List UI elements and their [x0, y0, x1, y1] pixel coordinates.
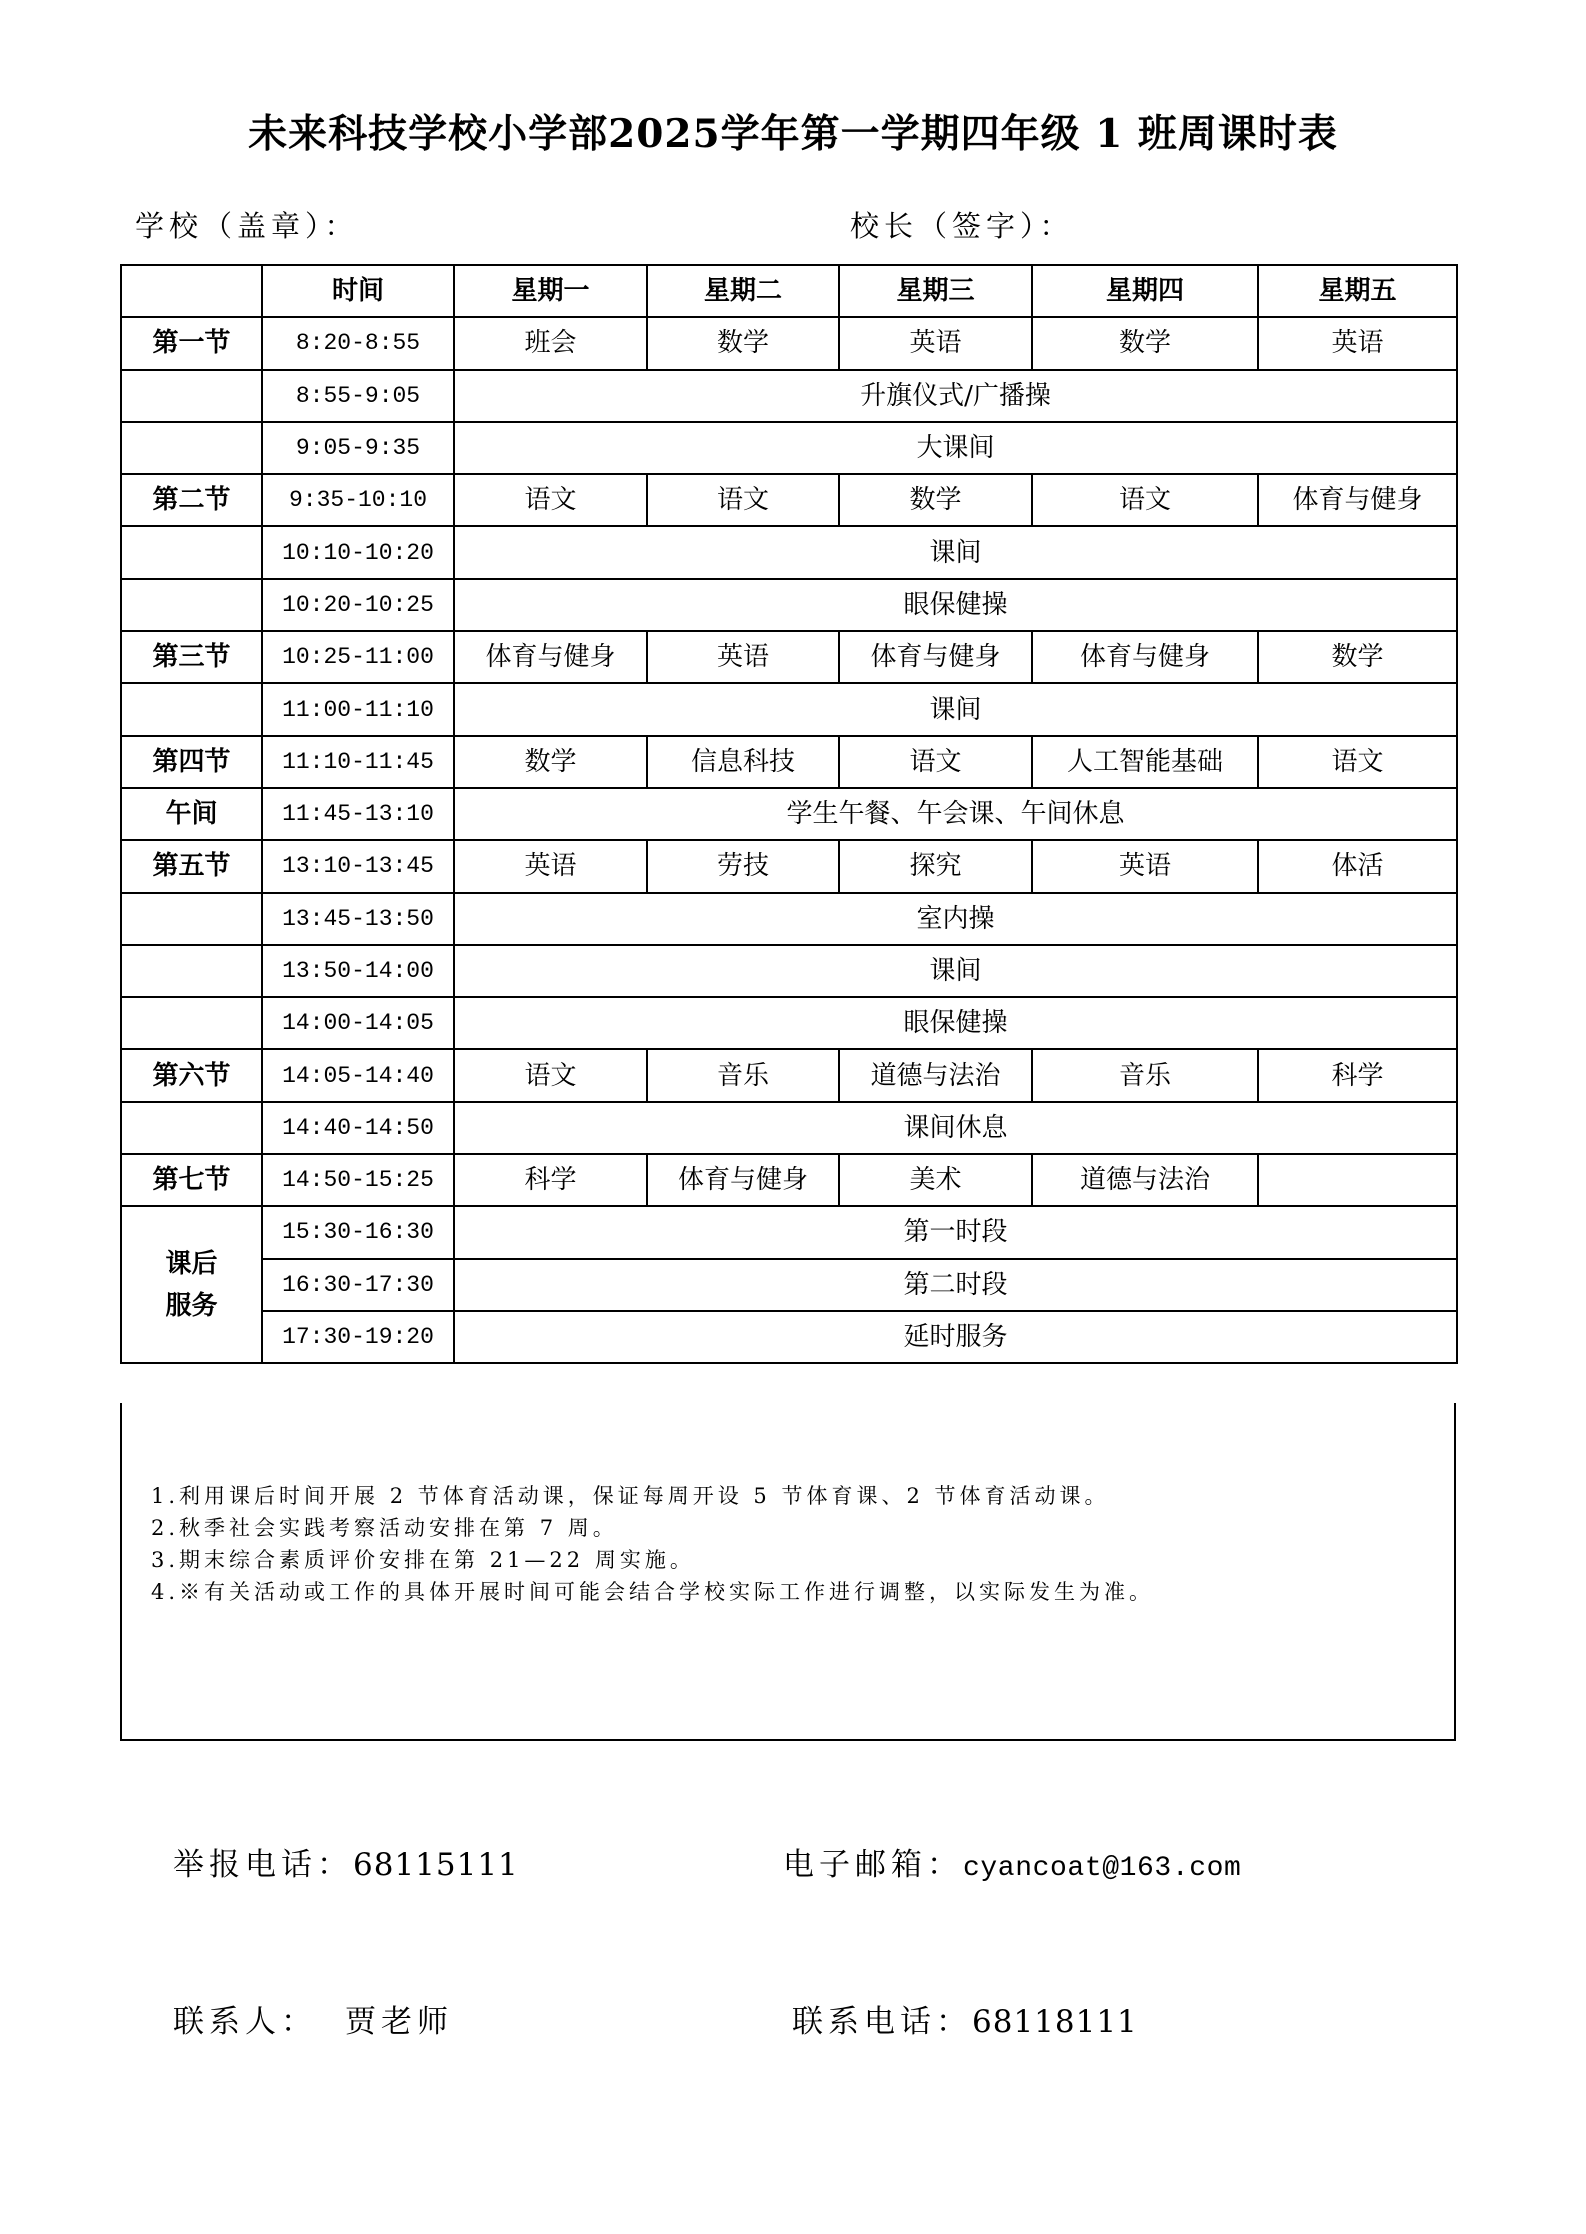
email: 电子邮箱：cyancoat@163.com	[783, 1845, 1241, 1889]
activity-cell: 大课间	[454, 422, 1457, 474]
table-row: 10:20-10:25眼保健操	[121, 579, 1457, 631]
subject-cell: 道德与法治	[1032, 1154, 1258, 1206]
subject-cell: 体育与健身	[839, 631, 1032, 683]
time-cell: 11:00-11:10	[262, 683, 454, 735]
subject-cell: 体育与健身	[1258, 474, 1457, 526]
table-row: 第三节10:25-11:00体育与健身英语体育与健身体育与健身数学	[121, 631, 1457, 683]
note-item: 4.※有关活动或工作的具体开展时间可能会结合学校实际工作进行调整，以实际发生为准…	[151, 1576, 1154, 1608]
note-item: 1.利用课后时间开展 2 节体育活动课，保证每周开设 5 节体育课、2 节体育活…	[151, 1480, 1154, 1512]
subject-cell	[1258, 1154, 1457, 1206]
table-row: 第六节14:05-14:40语文音乐道德与法治音乐科学	[121, 1049, 1457, 1101]
subject-cell: 科学	[454, 1154, 647, 1206]
period-label: 第六节	[121, 1049, 262, 1101]
subject-cell: 音乐	[1032, 1049, 1258, 1101]
time-cell: 9:05-9:35	[262, 422, 454, 474]
table-row: 14:40-14:50课间休息	[121, 1102, 1457, 1154]
subject-cell: 语文	[647, 474, 839, 526]
period-label	[121, 422, 262, 474]
table-row: 13:45-13:50室内操	[121, 893, 1457, 945]
period-label	[121, 1102, 262, 1154]
subject-cell: 体育与健身	[647, 1154, 839, 1206]
subject-cell: 语文	[1258, 736, 1457, 788]
activity-cell: 学生午餐、午会课、午间休息	[454, 788, 1457, 840]
subject-cell: 信息科技	[647, 736, 839, 788]
activity-cell: 课间休息	[454, 1102, 1457, 1154]
after-school-label-line: 服务	[122, 1285, 261, 1327]
report-phone-value: 68115111	[353, 1847, 519, 1883]
activity-cell: 眼保健操	[454, 579, 1457, 631]
table-row: 午间11:45-13:10学生午餐、午会课、午间休息	[121, 788, 1457, 840]
activity-cell: 升旗仪式/广播操	[454, 370, 1457, 422]
table-row: 第七节14:50-15:25科学体育与健身美术道德与法治	[121, 1154, 1457, 1206]
note-item: 3.期末综合素质评价安排在第 21—22 周实施。	[151, 1544, 1154, 1576]
corner-cell	[121, 265, 262, 317]
after-school-row: 17:30-19:20延时服务	[121, 1311, 1457, 1363]
activity-cell: 课间	[454, 526, 1457, 578]
after-school-label-line: 课后	[122, 1243, 261, 1285]
activity-cell: 眼保健操	[454, 997, 1457, 1049]
subject-cell: 音乐	[647, 1049, 839, 1101]
table-row: 8:55-9:05升旗仪式/广播操	[121, 370, 1457, 422]
contact-name: 贾老师	[345, 2004, 453, 2040]
subject-cell: 体育与健身	[1032, 631, 1258, 683]
time-cell: 13:45-13:50	[262, 893, 454, 945]
school-seal-label: 学校（盖章）：	[135, 206, 359, 246]
subject-cell: 美术	[839, 1154, 1032, 1206]
header-day: 星期四	[1032, 265, 1258, 317]
subject-cell: 数学	[1032, 317, 1258, 369]
after-school-row: 课后服务15:30-16:30第一时段	[121, 1206, 1457, 1258]
header-day: 星期五	[1258, 265, 1457, 317]
time-cell: 8:20-8:55	[262, 317, 454, 369]
time-cell: 9:35-10:10	[262, 474, 454, 526]
time-cell: 11:45-13:10	[262, 788, 454, 840]
time-cell: 14:05-14:40	[262, 1049, 454, 1101]
subject-cell: 英语	[647, 631, 839, 683]
contact-phone: 联系电话：68118111	[792, 2002, 1138, 2042]
subject-cell: 人工智能基础	[1032, 736, 1258, 788]
period-label	[121, 945, 262, 997]
time-cell: 11:10-11:45	[262, 736, 454, 788]
subject-cell: 班会	[454, 317, 647, 369]
time-cell: 14:00-14:05	[262, 997, 454, 1049]
time-cell: 14:50-15:25	[262, 1154, 454, 1206]
subject-cell: 探究	[839, 840, 1032, 892]
period-label: 第四节	[121, 736, 262, 788]
subject-cell: 体活	[1258, 840, 1457, 892]
header-time: 时间	[262, 265, 454, 317]
period-label	[121, 997, 262, 1049]
time-cell: 13:10-13:45	[262, 840, 454, 892]
subject-cell: 英语	[454, 840, 647, 892]
table-row: 14:00-14:05眼保健操	[121, 997, 1457, 1049]
subject-cell: 体育与健身	[454, 631, 647, 683]
subject-cell: 语文	[454, 1049, 647, 1101]
table-row: 第四节11:10-11:45数学信息科技语文人工智能基础语文	[121, 736, 1457, 788]
subject-cell: 劳技	[647, 840, 839, 892]
header-day: 星期二	[647, 265, 839, 317]
activity-cell: 课间	[454, 945, 1457, 997]
table-row: 第二节9:35-10:10语文语文数学语文体育与健身	[121, 474, 1457, 526]
after-school-row: 16:30-17:30第二时段	[121, 1259, 1457, 1311]
time-cell: 13:50-14:00	[262, 945, 454, 997]
contact-phone-label: 联系电话：	[792, 2004, 972, 2040]
period-label: 第三节	[121, 631, 262, 683]
report-phone: 举报电话：68115111	[173, 1845, 519, 1885]
activity-cell: 第二时段	[454, 1259, 1457, 1311]
after-school-label: 课后服务	[121, 1206, 262, 1363]
time-cell: 16:30-17:30	[262, 1259, 454, 1311]
principal-signature-label: 校长（签字）：	[850, 206, 1074, 246]
activity-cell: 室内操	[454, 893, 1457, 945]
time-cell: 10:25-11:00	[262, 631, 454, 683]
note-item: 2.秋季社会实践考察活动安排在第 7 周。	[151, 1512, 1154, 1544]
period-label: 第七节	[121, 1154, 262, 1206]
period-label	[121, 893, 262, 945]
contact-phone-value: 68118111	[972, 2004, 1138, 2040]
period-label: 午间	[121, 788, 262, 840]
period-label	[121, 683, 262, 735]
timetable-body: 时间星期一星期二星期三星期四星期五第一节8:20-8:55班会数学英语数学英语8…	[121, 265, 1457, 1363]
contact-label: 联系人：	[173, 2004, 317, 2040]
email-value: cyancoat@163.com	[963, 1853, 1241, 1884]
email-label: 电子邮箱：	[783, 1847, 963, 1883]
header-day: 星期三	[839, 265, 1032, 317]
time-cell: 15:30-16:30	[262, 1206, 454, 1258]
subject-cell: 英语	[1032, 840, 1258, 892]
subject-cell: 语文	[1032, 474, 1258, 526]
period-label: 第二节	[121, 474, 262, 526]
subject-cell: 数学	[454, 736, 647, 788]
table-row: 9:05-9:35大课间	[121, 422, 1457, 474]
time-cell: 8:55-9:05	[262, 370, 454, 422]
contact-person: 联系人：贾老师	[173, 2002, 453, 2042]
subject-cell: 科学	[1258, 1049, 1457, 1101]
notes-box: 1.利用课后时间开展 2 节体育活动课，保证每周开设 5 节体育课、2 节体育活…	[120, 1403, 1456, 1741]
time-cell: 17:30-19:20	[262, 1311, 454, 1363]
subject-cell: 语文	[454, 474, 647, 526]
timetable: 时间星期一星期二星期三星期四星期五第一节8:20-8:55班会数学英语数学英语8…	[120, 264, 1458, 1364]
period-label: 第五节	[121, 840, 262, 892]
report-phone-label: 举报电话：	[173, 1847, 353, 1883]
subject-cell: 英语	[1258, 317, 1457, 369]
activity-cell: 第一时段	[454, 1206, 1457, 1258]
activity-cell: 课间	[454, 683, 1457, 735]
header-row: 时间星期一星期二星期三星期四星期五	[121, 265, 1457, 317]
period-label: 第一节	[121, 317, 262, 369]
subject-cell: 数学	[647, 317, 839, 369]
notes-list: 1.利用课后时间开展 2 节体育活动课，保证每周开设 5 节体育课、2 节体育活…	[151, 1480, 1154, 1608]
period-label	[121, 579, 262, 631]
table-row: 11:00-11:10课间	[121, 683, 1457, 735]
subject-cell: 数学	[839, 474, 1032, 526]
subject-cell: 道德与法治	[839, 1049, 1032, 1101]
activity-cell: 延时服务	[454, 1311, 1457, 1363]
table-row: 第五节13:10-13:45英语劳技探究英语体活	[121, 840, 1457, 892]
page-title: 未来科技学校小学部2025学年第一学期四年级 1 班周课时表	[0, 110, 1586, 158]
period-label	[121, 526, 262, 578]
subject-cell: 数学	[1258, 631, 1457, 683]
time-cell: 14:40-14:50	[262, 1102, 454, 1154]
period-label	[121, 370, 262, 422]
table-row: 13:50-14:00课间	[121, 945, 1457, 997]
table-row: 第一节8:20-8:55班会数学英语数学英语	[121, 317, 1457, 369]
time-cell: 10:20-10:25	[262, 579, 454, 631]
header-day: 星期一	[454, 265, 647, 317]
subject-cell: 英语	[839, 317, 1032, 369]
subject-cell: 语文	[839, 736, 1032, 788]
time-cell: 10:10-10:20	[262, 526, 454, 578]
table-row: 10:10-10:20课间	[121, 526, 1457, 578]
